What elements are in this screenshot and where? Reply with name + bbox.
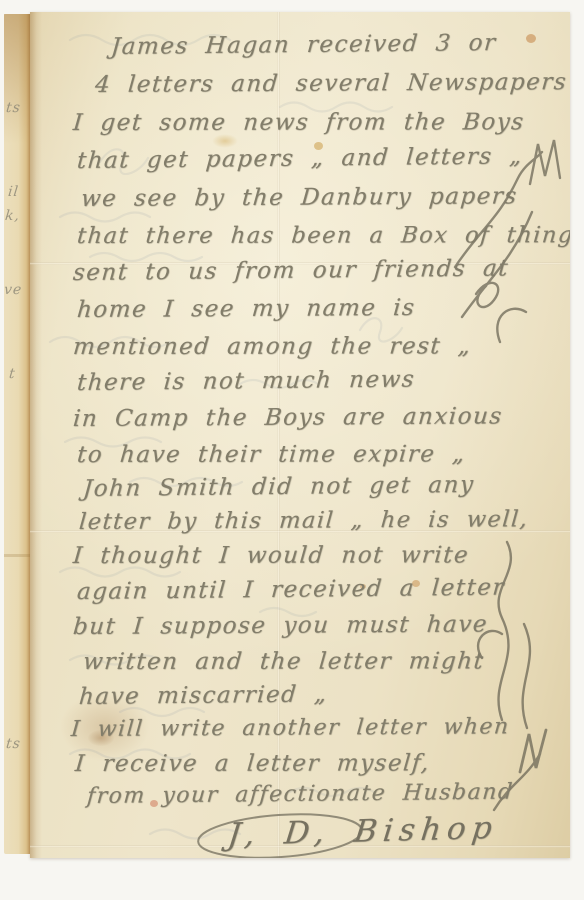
letter-line: I receive a letter myself, <box>74 750 431 777</box>
letter-line: 4 letters and several Newspapers <box>94 69 568 98</box>
letter-line: mentioned among the rest „ <box>72 333 473 360</box>
letter-line: that get papers „ and letters „ <box>76 143 524 174</box>
letter-line: in Camp the Boys are anxious <box>72 403 504 432</box>
signature-line: J, D, Bishop <box>226 810 500 853</box>
letter-line: to have their time expire „ <box>76 441 467 468</box>
scan-background: ts il k, ve t ts <box>0 0 584 900</box>
letter-line: letter by this mail „ he is well, <box>78 506 529 535</box>
letter-line: James Hagan received 3 or <box>110 30 498 60</box>
edge-fragment: ts <box>5 736 21 752</box>
adjacent-page-edge <box>4 14 30 854</box>
letter-line: written and the letter might <box>82 648 485 675</box>
letter-line: I thought I would not write <box>72 542 470 569</box>
letter-line: we see by the Danbury papers <box>80 183 519 212</box>
letter-line: sent to us from our friends at <box>72 255 510 286</box>
letter-line: again until I received a letter <box>76 575 506 605</box>
edge-fragment: ts <box>5 100 21 116</box>
letter-line: I get some news from the Boys <box>72 109 526 136</box>
letter-line: I will write another letter when <box>70 714 511 742</box>
letter-sheet: James Hagan received 3 or4 letters and s… <box>30 12 570 858</box>
letter-line: home I see my name is <box>76 295 416 323</box>
letter-line: but I suppose you must have <box>72 611 489 640</box>
edge-fragment: k, <box>4 208 21 224</box>
letter-line: from your affectionate Husband <box>86 780 515 809</box>
letter-line: there is not much news <box>76 366 416 396</box>
letter-line: John Smith did not get any <box>82 472 475 502</box>
letter-line: have miscarried „ <box>78 681 329 710</box>
edge-fragment: il <box>7 184 20 200</box>
edge-fragment: ve <box>3 282 23 298</box>
letter-line: that there has been a Box of things <box>76 222 570 249</box>
